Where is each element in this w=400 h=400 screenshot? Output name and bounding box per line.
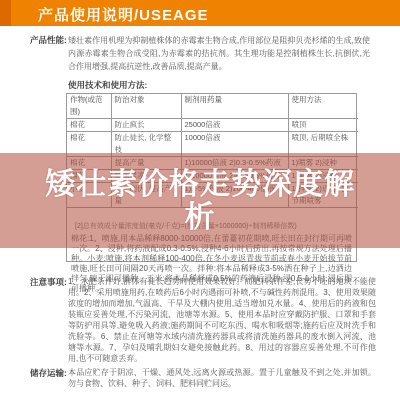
table-cell: 制剂用药量 (181, 94, 288, 119)
precautions-label: 注意事项: (30, 276, 68, 289)
table-row: 棉花防止疯长25000倍液喷顶 (67, 119, 358, 132)
usage-section-title: 使用技术和使用方法: (68, 79, 147, 91)
performance-label: 产品性能: (30, 34, 68, 47)
section-header-bar: 产品使用说明/USEAGE (0, 0, 400, 26)
table-cell: 使用方法 (288, 94, 358, 119)
page-title: 产品使用说明/USEAGE (38, 4, 209, 25)
storage-section: 储存运输: 本品应贮存于阴凉、干燥、通风处,远离火源或热源。置于儿童触及不到之处… (30, 367, 376, 389)
product-usage-page: 产品使用说明/USEAGE 产品性能: 矮壮素作用机理为抑制植株体的赤霉素生物合… (0, 0, 400, 400)
table-cell: 棉花 (67, 119, 111, 132)
table-cell: 作物(或范围) (67, 94, 111, 119)
precautions-section: 注意事项: 1、水肥条件好,群体有徒长趋势时使用效果较好。而肥料条件差,长势不旺… (30, 276, 376, 364)
precautions-text: 1、水肥条件好,群体有徒长趋势时使用效果较好。而肥料条件差,长势不旺的地块不能使… (68, 276, 376, 364)
storage-label: 储存运输: (30, 367, 68, 380)
performance-section: 产品性能: 矮壮素作用机理为抑制植株体的赤霉素生物合成,作用部位是阻抑贝壳杉烯的… (30, 34, 376, 73)
storage-text: 本品应贮存于阴凉、干燥、通风处,远离火源或热源。置于儿童触及不到之处,并加锁。勿… (68, 367, 376, 389)
table-cell: 喷顶 (288, 119, 358, 132)
header-corner-block (0, 0, 11, 26)
table-cell: 防治对象 (111, 94, 181, 119)
banner-title-line2: 析 (185, 201, 216, 234)
banner-title-line1: 矮壮素价格走势深度解 (45, 168, 355, 201)
performance-text: 矮壮素作用机理为抑制植株体的赤霉素生物合成,作用部位是阻抑贝壳杉烯的生成,致使内… (68, 34, 370, 73)
table-cell: 防止疯长 (111, 119, 181, 132)
promo-banner-overlay: 矮壮素价格走势深度解 析 (0, 153, 400, 248)
table-header-row: 作物(或范围)防治对象制剂用药量使用方法 (67, 94, 358, 119)
table-cell: 25000倍液 (181, 119, 288, 132)
